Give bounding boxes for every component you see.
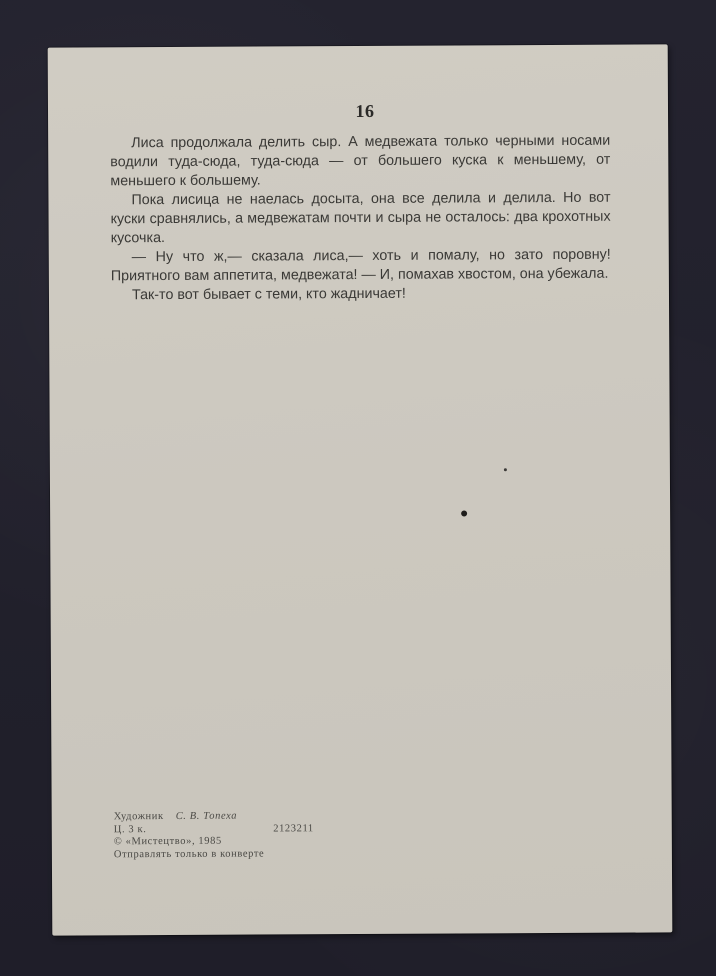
story-paragraph: Пока лисица не наелась досыта, она все д…: [110, 189, 610, 249]
mailing-note: Отправлять только в конверте: [114, 848, 264, 861]
story-paragraph: Лиса продолжала делить сыр. А медвежата …: [110, 132, 610, 192]
artist-label: Художник: [114, 811, 164, 824]
colophon: Художник С. В. Топеха Ц. 3 к. 2123211 © …: [114, 810, 314, 861]
postcard-back: 16 Лиса продолжала делить сыр. А медвежа…: [48, 44, 673, 935]
artist-name: С. В. Топеха: [176, 811, 237, 824]
ink-speck: [504, 468, 507, 471]
price-row: Ц. 3 к. 2123211: [114, 823, 314, 837]
ink-speck: [461, 510, 467, 516]
page-number: 16: [48, 99, 668, 123]
story-paragraph: Так-то вот бывает с теми, кто жадничает!: [111, 284, 611, 306]
artist-credit: Художник С. В. Топеха: [114, 810, 314, 824]
catalog-code: 2123211: [273, 823, 314, 836]
publisher: © «Мистецтво», 1985: [114, 836, 222, 849]
mailing-note-row: Отправлять только в конверте: [114, 848, 314, 862]
story-paragraph: — Ну что ж,— сказала лиса,— хоть и помал…: [111, 246, 611, 287]
publisher-row: © «Мистецтво», 1985: [114, 835, 314, 849]
story-text: Лиса продолжала делить сыр. А медвежата …: [110, 132, 611, 306]
price: Ц. 3 к.: [114, 824, 147, 837]
